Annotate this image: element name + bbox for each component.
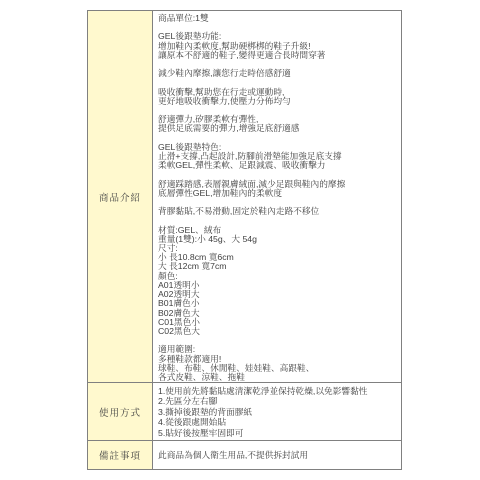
row-label-usage-instructions: 使用方式	[88, 383, 153, 440]
product-detail-page: 商品介紹 商品單位:1雙 GEL後跟墊功能: 增加鞋內柔軟度,幫助硬梆梆的鞋子升…	[0, 0, 480, 480]
spec-row-remarks: 備註事項 此商品為個人衛生用品,不提供拆封試用	[88, 441, 401, 469]
spec-row-product-intro: 商品介紹 商品單位:1雙 GEL後跟墊功能: 增加鞋內柔軟度,幫助硬梆梆的鞋子升…	[88, 11, 401, 383]
row-label-product-intro: 商品介紹	[88, 11, 153, 382]
spec-row-usage-instructions: 使用方式 1.使用前先將黏貼處清潔乾淨並保持乾燥,以免影響黏性 2.先區分左右腳…	[88, 383, 401, 441]
product-spec-table: 商品介紹 商品單位:1雙 GEL後跟墊功能: 增加鞋內柔軟度,幫助硬梆梆的鞋子升…	[87, 10, 402, 470]
row-content-usage-instructions: 1.使用前先將黏貼處清潔乾淨並保持乾燥,以免影響黏性 2.先區分左右腳 3.撕掉…	[153, 383, 401, 440]
row-label-remarks: 備註事項	[88, 441, 153, 469]
row-content-product-intro: 商品單位:1雙 GEL後跟墊功能: 增加鞋內柔軟度,幫助硬梆梆的鞋子升級! 讓原…	[153, 11, 401, 382]
row-content-remarks: 此商品為個人衛生用品,不提供拆封試用	[153, 441, 401, 469]
